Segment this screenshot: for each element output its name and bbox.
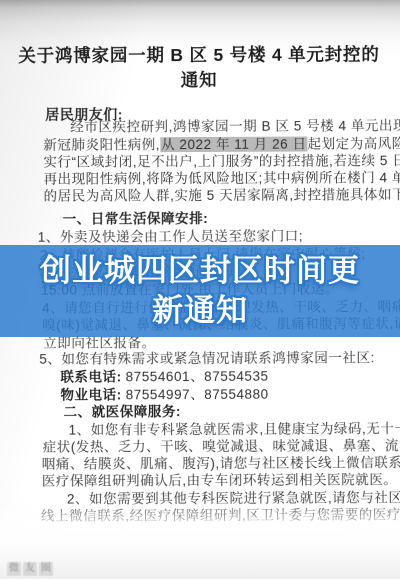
watermark-char: 友 [23,562,37,576]
watermark-char: 微 [7,562,21,576]
banner-title-line1: 创业城四区封区时间更 [0,251,400,291]
property-phone-line: 物业电话:87554997、87554880 [60,387,268,404]
notice-line: 1、外卖及快递会由工作人员送至您家门口; [38,229,303,246]
watermark: 微友圈 [7,558,55,576]
contact-phone-label: 联系电话: [60,369,121,384]
overlay-banner-title: 创业城四区封区时间更 新通知 [0,251,400,331]
line-post: 起划定为高风险地区, [308,136,400,152]
notice-line: 2、如您需要到其他专科医院进行紧急就医,请您与社区楼长 [67,490,400,508]
property-phone-numbers: 87554997、87554880 [126,387,269,403]
notice-photo: 关于鸿博家园一期 B 区 5 号楼 4 单元封控的 通知 居民朋友们: 经市区疾… [0,0,400,579]
notice-line: 1、如您有非专科紧急就医需求,且健康宝为绿码,无十一类 [69,421,400,439]
notice-line: 的居民为高风险人群,实施 5 天居家隔离,封控措施具体如下: [44,187,400,205]
section-heading-medical: 二、就医保障服务: [64,404,182,421]
contact-phone-numbers: 87554601、87554535 [126,369,269,385]
notice-line: 医疗保障组研判确认后,由专车闭环转运到相关医院就医。 [42,472,398,490]
notice-line: 症状(发热、乏力、干咳、嗅觉减退、味觉减退、鼻塞、流涕、 [43,438,400,456]
contact-phone-line: 联系电话:87554601、87554535 [60,369,268,386]
notice-title-line1: 关于鸿博家园一期 B 区 5 号楼 4 单元封控的 [0,42,399,69]
notice-line: 线上微信联系,经医疗保障组研判,区卫计委与您需要的医疗机 [41,507,400,525]
notice-line: 5、如您有特殊需求或紧急情况请联系鸿博家园一社区: [39,350,375,367]
notice-line: 经市区疾控研判,鸿博家园一期 B 区 5 号楼 4 单元出现 1 名 [70,118,400,136]
property-phone-label: 物业电话: [60,387,121,402]
section-heading-daily-life: 一、日常生活保障安排: [63,211,209,228]
highlighted-date: 从 2022 年 11 月 26 日 [160,137,308,153]
watermark-char: 圈 [39,562,53,576]
notice-title-line2: 通知 [0,67,399,94]
notice-line: 立即向社区报备。 [43,335,155,351]
notice-line: 咽痛、结膜炎、肌痛、腹泻),请您与社区楼长线上微信联系,经 [42,455,400,473]
line-pre: 新冠肺炎阳性病例, [43,137,160,153]
notice-line: 新冠肺炎阳性病例,从 2022 年 11 月 26 日起划定为高风险地区, [43,136,400,154]
notice-line: 实行“区域封闭,足不出户,上门服务”的封控措施,若连续 5 日未 [43,153,400,171]
notice-title: 关于鸿博家园一期 B 区 5 号楼 4 单元封控的 通知 [0,42,399,94]
banner-title-line2: 新通知 [0,291,400,331]
notice-line: 再出现阳性病例,将降为低风险地区;其中病例所在楼门 4 单元 [43,170,400,188]
